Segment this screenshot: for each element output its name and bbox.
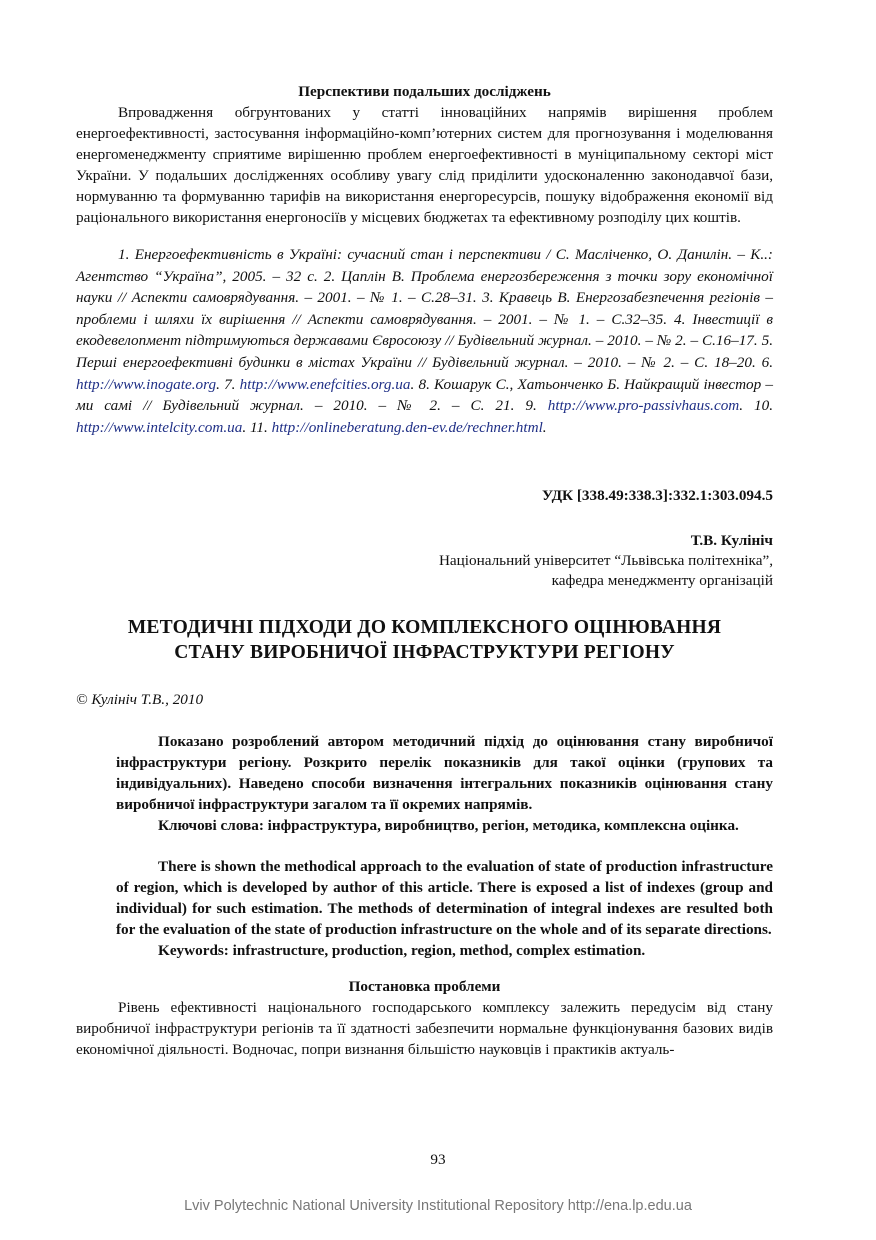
reference-link[interactable]: http://onlineberatung.den-ev.de/rechner.… (272, 419, 543, 436)
reference-link[interactable]: http://www.enefcities.org.ua (240, 376, 411, 393)
reference-punct: . (242, 419, 250, 436)
abstract-en-block: There is shown the methodical approach t… (116, 856, 773, 961)
reference-item: 9. (525, 397, 547, 414)
reference-punct: . (739, 397, 754, 414)
reference-item: 6. (762, 354, 773, 371)
reference-link[interactable]: http://www.pro-passivhaus.com (548, 397, 740, 414)
article-title-line2: СТАНУ ВИРОБНИЧОЇ ІНФРАСТРУКТУРИ РЕГІОНУ (76, 640, 773, 665)
udc-code: УДК [338.49:338.3]:332.1:303.094.5 (76, 487, 773, 505)
reference-link[interactable]: http://www.intelcity.com.ua (76, 419, 242, 436)
reference-punct: . (216, 376, 224, 393)
reference-punct: . (543, 419, 547, 436)
section-heading-prospects: Перспективи подальших досліджень (76, 82, 773, 102)
references-list: 1. Енергоефективність в Україні: сучасни… (76, 244, 773, 438)
abstract-ua: Показано розроблений автором методичний … (116, 731, 773, 815)
keywords-ua: Ключові слова: інфраструктура, виробницт… (116, 815, 773, 836)
reference-link[interactable]: http://www.inogate.org (76, 376, 216, 393)
conclusion-paragraph: Впровадження обгрунтованих у статті інно… (76, 102, 773, 228)
article-title: МЕТОДИЧНІ ПІДХОДИ ДО КОМПЛЕКСНОГО ОЦІНЮВ… (76, 615, 773, 665)
repository-footer: Lviv Polytechnic National University Ins… (0, 1198, 876, 1214)
section-heading-problem: Постановка проблеми (76, 977, 773, 997)
affiliation-department: кафедра менеджменту організацій (76, 571, 773, 591)
article-title-line1: МЕТОДИЧНІ ПІДХОДИ ДО КОМПЛЕКСНОГО ОЦІНЮВ… (76, 615, 773, 640)
document-page: Перспективи подальших досліджень Впровад… (76, 82, 773, 1060)
abstract-ua-block: Показано розроблений автором методичний … (116, 731, 773, 836)
affiliation-university: Національний університет “Львівська полі… (76, 551, 773, 571)
reference-item: 7. (224, 376, 240, 393)
keywords-en: Keywords: infrastructure, production, re… (116, 940, 773, 961)
reference-item: 11. (250, 419, 272, 436)
copyright-notice: © Кулініч Т.В., 2010 (76, 691, 773, 709)
page-number: 93 (0, 1151, 876, 1169)
author-name: Т.В. Кулініч (76, 531, 773, 551)
intro-paragraph: Рівень ефективності національного господ… (76, 997, 773, 1060)
abstract-en: There is shown the methodical approach t… (116, 856, 773, 940)
reference-item: 10. (754, 397, 773, 414)
